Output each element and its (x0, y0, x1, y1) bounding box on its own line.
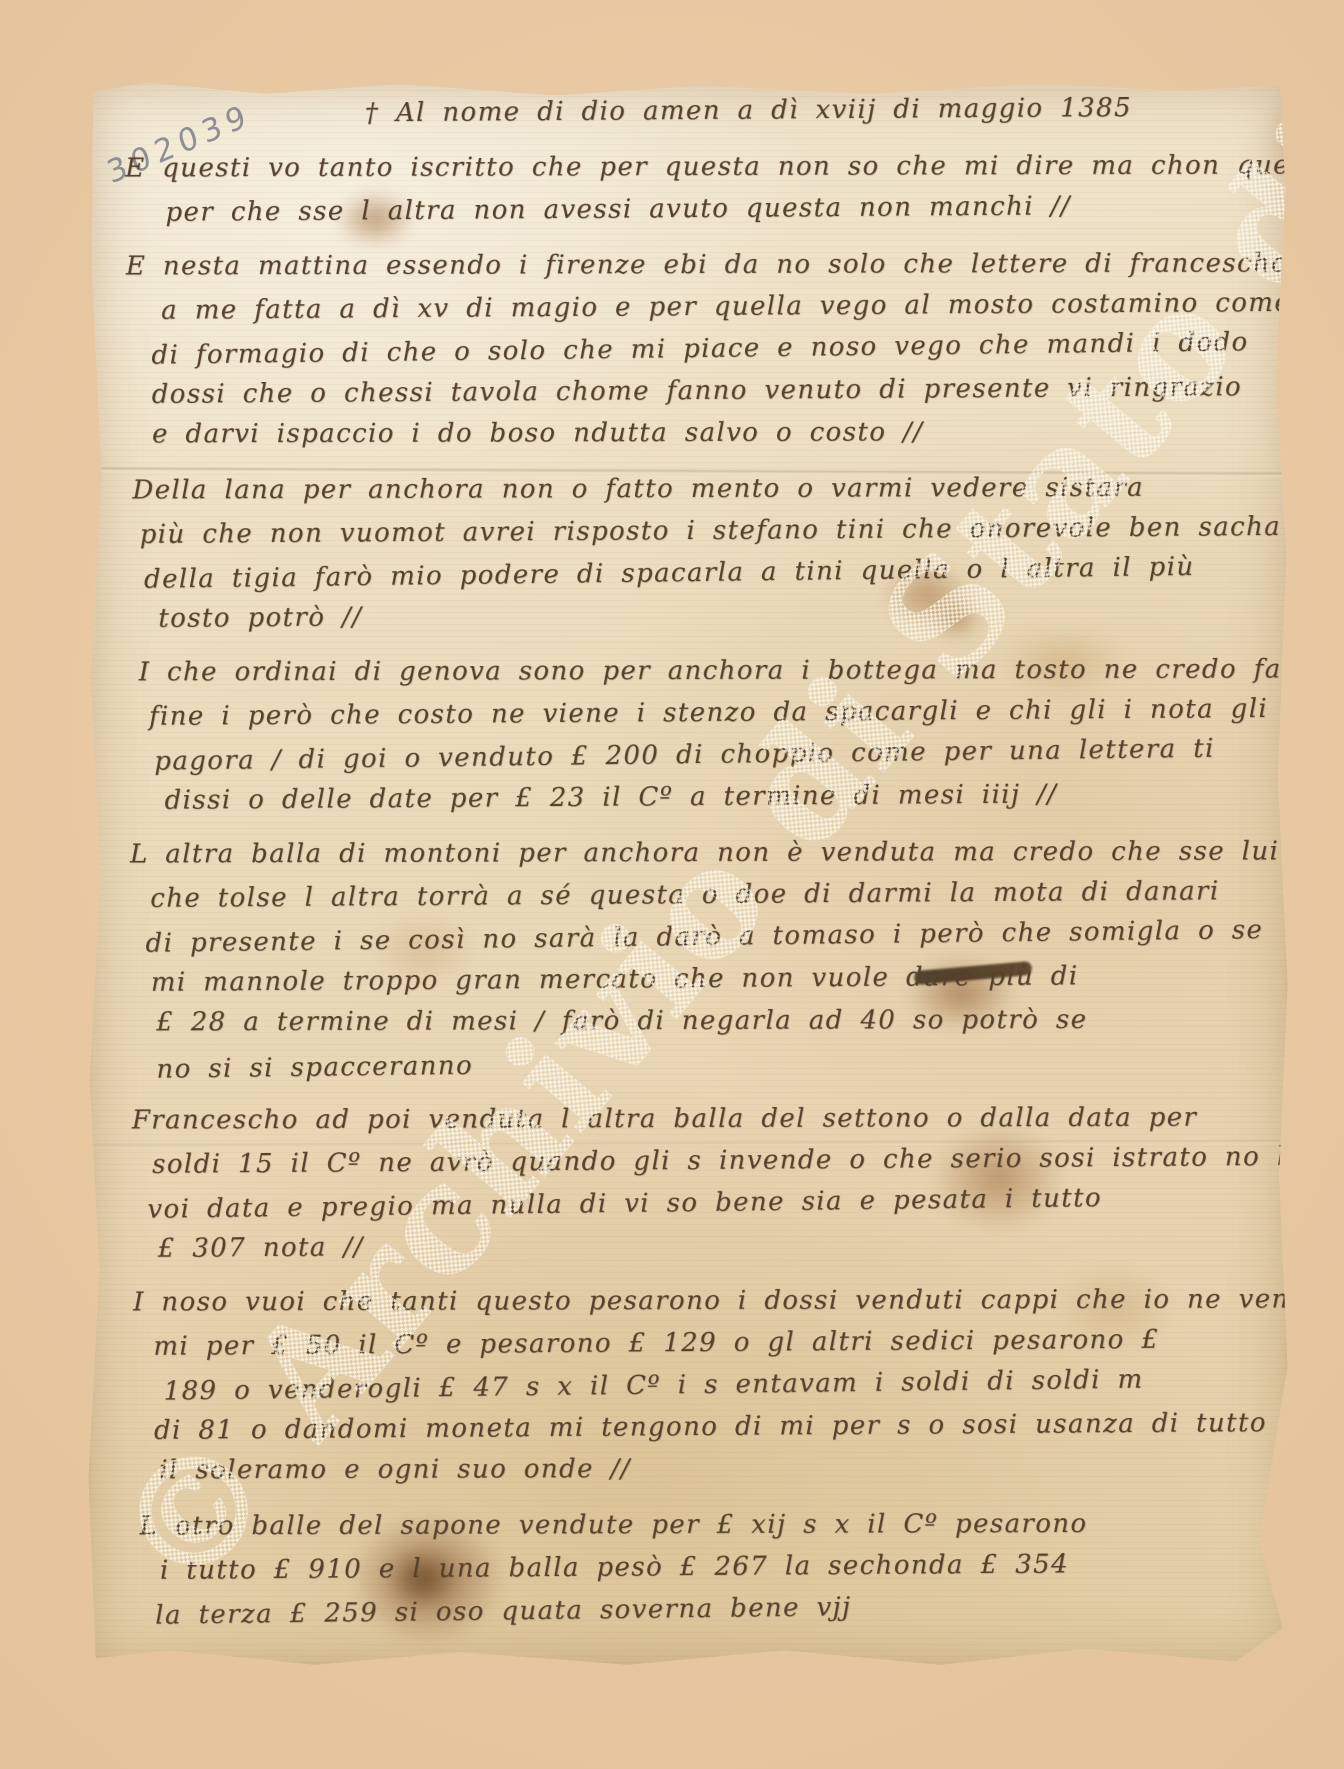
manuscript-line: E questi vo tanto iscritto che per quest… (125, 145, 1253, 190)
manuscript-heading: † Al nome di dio amen a dì xviij di magg… (365, 86, 1253, 134)
manuscript-paragraph: L altra balla di montoni per anchora non… (130, 828, 1260, 1088)
scan-background-mat: 302039 † Al nome di dio amen a dì xviij … (0, 0, 1344, 1769)
manuscript-paragraphs: E questi vo tanto iscritto che per quest… (125, 142, 1263, 1634)
manuscript-line: L altra balla di montoni per anchora non… (130, 831, 1258, 876)
manuscript-line: I che ordinai di genova sono per anchora… (139, 649, 1257, 694)
manuscript-line: Della lana per anchora non o fatto mento… (132, 467, 1255, 512)
manuscript-paper: 302039 † Al nome di dio amen a dì xviij … (86, 78, 1290, 1668)
manuscript-paragraph: I noso vuoi che tanti questo pesarono i … (133, 1276, 1262, 1494)
manuscript-paragraph: Francescho ad poi venduta l altra balla … (132, 1094, 1261, 1270)
manuscript-line: il soleramo e ogni suo onde // (159, 1446, 1262, 1491)
manuscript-paragraph: E nesta mattina essendo i firenze ebi da… (126, 240, 1255, 458)
manuscript-line: no si si spacceranno (156, 1035, 1259, 1090)
manuscript-paragraph: E questi vo tanto iscritto che per quest… (125, 142, 1254, 234)
manuscript-line: E nesta mattina essendo i firenze ebi da… (126, 243, 1254, 288)
manuscript-line: I noso vuoi che tanti questo pesarono i … (133, 1279, 1261, 1324)
manuscript-line: L otro balle del sapone vendute per £ xi… (140, 1502, 1263, 1547)
manuscript-text: † Al nome di dio amen a dì xviij di magg… (125, 86, 1264, 1634)
manuscript-line: e darvi ispaccio i do boso ndutta salvo … (152, 410, 1255, 455)
manuscript-paragraph: L otro balle del sapone vendute per £ xi… (135, 1500, 1264, 1634)
manuscript-paragraph: Della lana per anchora non o fatto mento… (127, 464, 1256, 640)
manuscript-line: per che sse l altra non avessi avuto que… (165, 184, 1253, 234)
manuscript-paragraph: I che ordinai di genova sono per anchora… (129, 646, 1258, 822)
manuscript-line: Francescho ad poi venduta l altra balla … (132, 1097, 1260, 1142)
